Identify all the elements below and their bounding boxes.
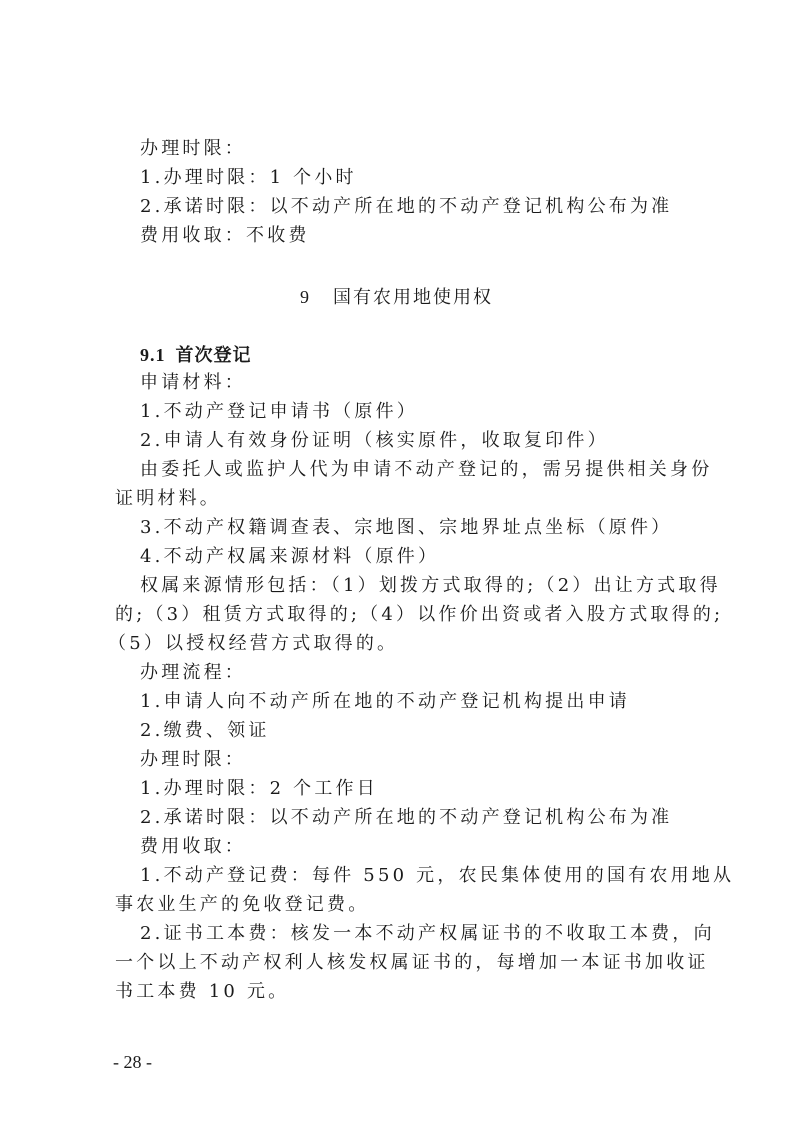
paragraph-line: 事农业生产的免收登记费。 — [115, 890, 715, 919]
page-number: - 28 - — [113, 1052, 152, 1073]
chapter-number: 9 — [300, 287, 311, 307]
material-item: 4.不动产权属来源材料（原件） — [140, 542, 740, 571]
material-item: 2.申请人有效身份证明（核实原件，收取复印件） — [140, 426, 740, 455]
time-limit-heading: 办理时限： — [140, 134, 740, 163]
section-number: 9.1 — [140, 345, 166, 365]
chapter-heading: 9国有农用地使用权 — [0, 283, 793, 309]
paragraph-line: 的;（3）租赁方式取得的;（4）以作价出资或者入股方式取得的; — [115, 600, 715, 629]
fee-item: 2.证书工本费：核发一本不动产权属证书的不收取工本费，向 — [140, 919, 740, 948]
paragraph-line: 证明材料。 — [115, 484, 715, 513]
fee-heading: 费用收取： — [140, 832, 740, 861]
material-item: 3.不动产权籍调查表、宗地图、宗地界址点坐标（原件） — [140, 513, 740, 542]
commitment-limit-item: 2.承诺时限：以不动产所在地的不动产登记机构公布为准 — [140, 803, 740, 832]
section-title: 首次登记 — [176, 345, 252, 366]
process-heading: 办理流程： — [140, 658, 740, 687]
fee-item: 1.不动产登记费：每件 550 元，农民集体使用的国有农用地从 — [140, 861, 740, 890]
fee-line: 费用收取：不收费 — [140, 221, 740, 250]
time-limit-heading: 办理时限： — [140, 745, 740, 774]
paragraph-line: （5）以授权经营方式取得的。 — [108, 629, 708, 658]
paragraph-line: 一个以上不动产权利人核发权属证书的，每增加一本证书加收证 — [115, 948, 715, 977]
paragraph-line: 由委托人或监护人代为申请不动产登记的，需另提供相关身份 — [140, 455, 740, 484]
section-heading: 9.1首次登记 — [140, 341, 252, 367]
material-item: 1.不动产登记申请书（原件） — [140, 397, 740, 426]
paragraph-line: 权属来源情形包括：（1）划拨方式取得的;（2）出让方式取得 — [140, 571, 740, 600]
process-item: 1.申请人向不动产所在地的不动产登记机构提出申请 — [140, 687, 740, 716]
process-item: 2.缴费、领证 — [140, 716, 740, 745]
time-limit-item: 1.办理时限：1 个小时 — [140, 163, 740, 192]
time-limit-item: 1.办理时限：2 个工作日 — [140, 774, 740, 803]
chapter-title: 国有农用地使用权 — [333, 287, 493, 308]
materials-heading: 申请材料： — [140, 368, 740, 397]
commitment-limit-item: 2.承诺时限：以不动产所在地的不动产登记机构公布为准 — [140, 192, 740, 221]
paragraph-line: 书工本费 10 元。 — [115, 977, 715, 1006]
